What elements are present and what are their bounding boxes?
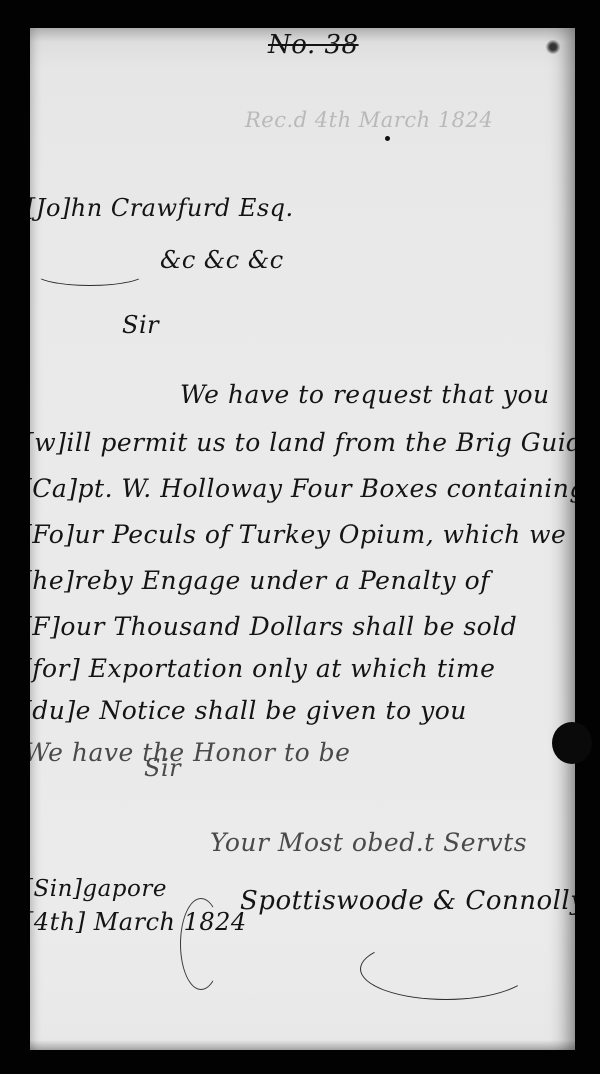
body-line-5: [he]reby Engage under a Penalty of — [30, 566, 490, 595]
signature-flourish — [360, 938, 532, 1000]
valediction: Your Most obed.t Servts — [210, 828, 527, 857]
body-line-9: We have the Honor to be — [30, 738, 350, 767]
body-line-7: [for] Exportation only at which time — [30, 654, 495, 683]
closing-salutation: Sir — [144, 754, 181, 782]
folio-number-text: No. 38 — [268, 30, 359, 60]
body-line-4: [Fo]ur Peculs of Turkey Opium, which we — [30, 520, 566, 549]
binding-tab — [552, 722, 592, 764]
scan-frame: No. 38 Rec.d 4th March 1824 [Jo]hn Crawf… — [0, 0, 600, 1074]
ink-blot — [545, 40, 561, 54]
body-line-2: [w]ill permit us to land from the Brig G… — [30, 428, 575, 457]
addressee: [Jo]hn Crawfurd Esq. — [30, 194, 294, 222]
page-bottom-edge — [30, 1040, 575, 1050]
ink-dot — [385, 136, 390, 141]
addressee-flourish — [34, 260, 146, 286]
signature: Spottiswoode & Connolly — [240, 886, 575, 916]
salutation: Sir — [122, 311, 159, 339]
body-line-8: [du]e Notice shall be given to you — [30, 696, 467, 725]
letter-page: No. 38 Rec.d 4th March 1824 [Jo]hn Crawf… — [30, 28, 575, 1050]
received-date-note: Rec.d 4th March 1824 — [245, 108, 493, 132]
addressee-titles: &c &c &c — [160, 246, 284, 274]
date-bracket-flourish — [180, 898, 222, 990]
folio-number: No. 38 — [268, 30, 359, 60]
body-line-6: [F]our Thousand Dollars shall be sold — [30, 612, 517, 641]
place-of-writing: [Sin]gapore — [30, 876, 167, 902]
body-line-3: [Ca]pt. W. Holloway Four Boxes containin… — [30, 474, 575, 503]
body-line-1: We have to request that you — [180, 380, 550, 409]
